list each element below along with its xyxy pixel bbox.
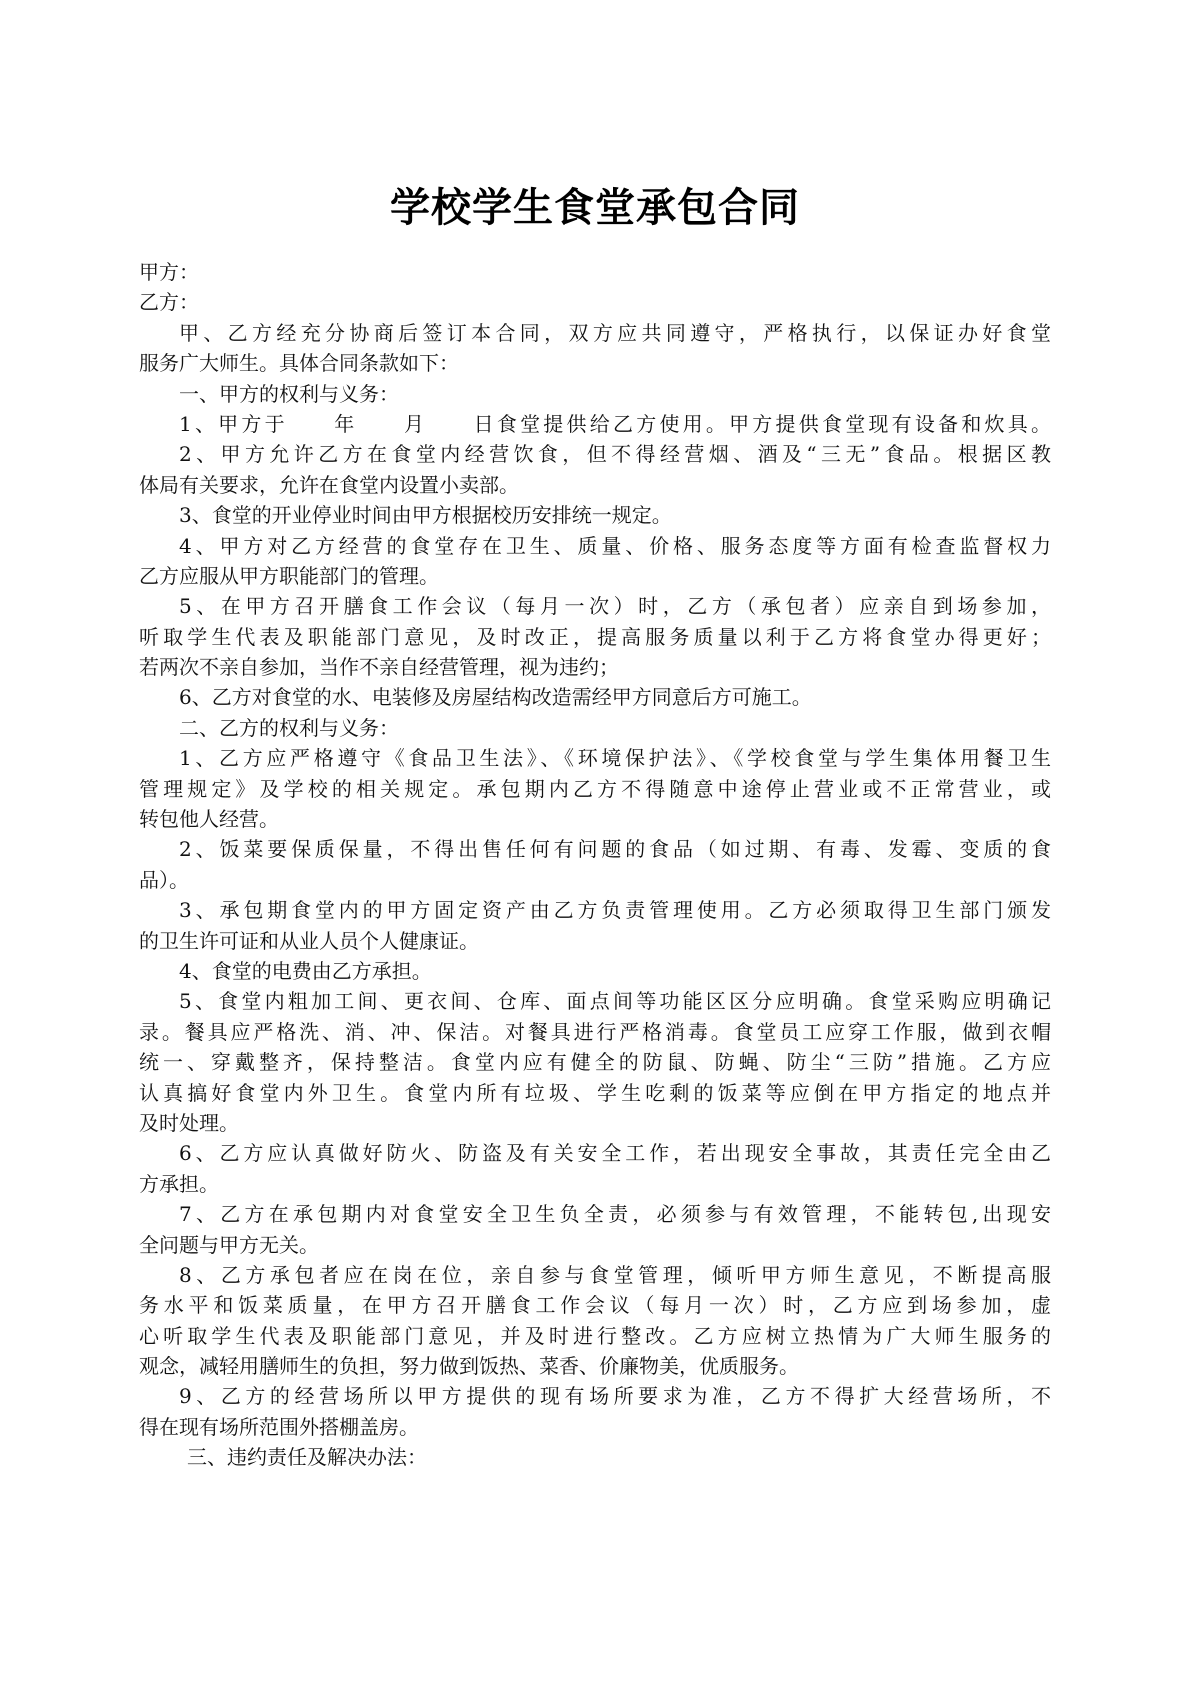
document-line: 录。餐具应严格洗、消、冲、保洁。对餐具进行严格消毒。食堂员工应穿工作服，做到衣帽 bbox=[139, 1017, 1051, 1047]
document-line: 4、甲方对乙方经营的食堂存在卫生、质量、价格、服务态度等方面有检查监督权力 bbox=[139, 531, 1051, 561]
document-line: 一、甲方的权利与义务： bbox=[139, 379, 1051, 409]
document-line: 心听取学生代表及职能部门意见，并及时进行整改。乙方应树立热情为广大师生服务的 bbox=[139, 1321, 1051, 1351]
document-line: 9、乙方的经营场所以甲方提供的现有场所要求为准，乙方不得扩大经营场所，不 bbox=[139, 1381, 1051, 1411]
document-line: 方承担。 bbox=[139, 1169, 1051, 1199]
document-line: 8、乙方承包者应在岗在位，亲自参与食堂管理，倾听甲方师生意见，不断提高服 bbox=[139, 1260, 1051, 1290]
document-line: 统一、穿戴整齐，保持整洁。食堂内应有健全的防鼠、防蝇、防尘“三防”措施。乙方应 bbox=[139, 1047, 1051, 1077]
document-line: 3、承包期食堂内的甲方固定资产由乙方负责管理使用。乙方必须取得卫生部门颁发 bbox=[139, 895, 1051, 925]
document-line: 管理规定》及学校的相关规定。承包期内乙方不得随意中途停止营业或不正常营业，或 bbox=[139, 774, 1051, 804]
document-line: 6、乙方对食堂的水、电装修及房屋结构改造需经甲方同意后方可施工。 bbox=[139, 682, 1051, 712]
document-line: 三、违约责任及解决办法： bbox=[139, 1442, 1051, 1472]
document-line: 转包他人经营。 bbox=[139, 804, 1051, 834]
document-line: 7、乙方在承包期内对食堂安全卫生负全责，必须参与有效管理，不能转包,出现安 bbox=[139, 1199, 1051, 1229]
document-line: 二、乙方的权利与义务： bbox=[139, 713, 1051, 743]
document-page: 学校学生食堂承包合同 甲方：乙方：甲、乙方经充分协商后签订本合同，双方应共同遵守… bbox=[0, 0, 1190, 1683]
document-line: 2、甲方允许乙方在食堂内经营饮食，但不得经营烟、酒及“三无”食品。根据区教 bbox=[139, 439, 1051, 469]
document-line: 4、食堂的电费由乙方承担。 bbox=[139, 956, 1051, 986]
document-line: 观念，减轻用膳师生的负担，努力做到饭热、菜香、价廉物美，优质服务。 bbox=[139, 1351, 1051, 1381]
document-line: 乙方应服从甲方职能部门的管理。 bbox=[139, 561, 1051, 591]
document-line: 认真搞好食堂内外卫生。食堂内所有垃圾、学生吃剩的饭菜等应倒在甲方指定的地点并 bbox=[139, 1078, 1051, 1108]
document-line: 得在现有场所范围外搭棚盖房。 bbox=[139, 1412, 1051, 1442]
document-line: 甲、乙方经充分协商后签订本合同，双方应共同遵守，严格执行，以保证办好食堂 bbox=[139, 318, 1051, 348]
document-line: 5、食堂内粗加工间、更衣间、仓库、面点间等功能区区分应明确。食堂采购应明确记 bbox=[139, 986, 1051, 1016]
document-line: 听取学生代表及职能部门意见，及时改正，提高服务质量以利于乙方将食堂办得更好； bbox=[139, 622, 1051, 652]
document-line: 务水平和饭菜质量，在甲方召开膳食工作会议（每月一次）时，乙方应到场参加，虚 bbox=[139, 1290, 1051, 1320]
document-line: 及时处理。 bbox=[139, 1108, 1051, 1138]
document-line: 6、乙方应认真做好防火、防盗及有关安全工作，若出现安全事故，其责任完全由乙 bbox=[139, 1138, 1051, 1168]
document-title: 学校学生食堂承包合同 bbox=[0, 182, 1190, 234]
document-line: 1、乙方应严格遵守《食品卫生法》、《环境保护法》、《学校食堂与学生集体用餐卫生 bbox=[139, 743, 1051, 773]
document-line: 5、在甲方召开膳食工作会议（每月一次）时，乙方（承包者）应亲自到场参加， bbox=[139, 591, 1051, 621]
document-line: 的卫生许可证和从业人员个人健康证。 bbox=[139, 926, 1051, 956]
document-line: 服务广大师生。具体合同条款如下： bbox=[139, 348, 1051, 378]
document-line: 3、食堂的开业停业时间由甲方根据校历安排统一规定。 bbox=[139, 500, 1051, 530]
document-line: 甲方： bbox=[139, 257, 1051, 287]
document-line: 品）。 bbox=[139, 865, 1051, 895]
document-line: 若两次不亲自参加，当作不亲自经营管理，视为违约； bbox=[139, 652, 1051, 682]
document-line: 1、甲方于 年 月 日食堂提供给乙方使用。甲方提供食堂现有设备和炊具。 bbox=[139, 409, 1051, 439]
document-line: 2、饭菜要保质保量，不得出售任何有问题的食品（如过期、有毒、发霉、变质的食 bbox=[139, 834, 1051, 864]
document-line: 体局有关要求，允许在食堂内设置小卖部。 bbox=[139, 470, 1051, 500]
document-line: 全问题与甲方无关。 bbox=[139, 1230, 1051, 1260]
document-body: 甲方：乙方：甲、乙方经充分协商后签订本合同，双方应共同遵守，严格执行，以保证办好… bbox=[139, 257, 1051, 1473]
document-line: 乙方： bbox=[139, 287, 1051, 317]
